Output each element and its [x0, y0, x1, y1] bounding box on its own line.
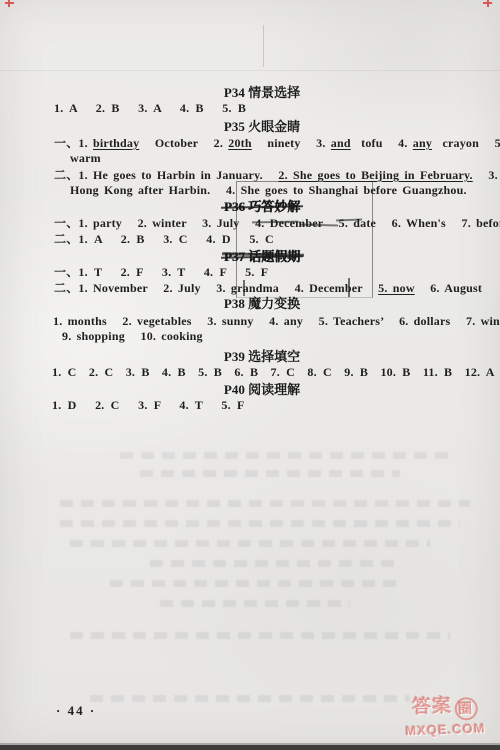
bleedthrough-text — [160, 600, 350, 607]
section-title-p39: P39 选择填空 — [54, 349, 470, 364]
bleedthrough-text — [60, 520, 460, 527]
section-title-p40: P40 阅读理解 — [54, 382, 470, 397]
answer-line-p37-2: 二、1. November 2. July 3. grandma 4. Dece… — [54, 281, 482, 295]
answer-line-p36-1: 一、1. party 2. winter 3. July 4. December… — [54, 216, 500, 230]
page-number: · 44 · — [56, 703, 96, 719]
section-title-p38: P38 魔力变换 — [54, 296, 470, 311]
answer-line-p34: 1. A 2. B 3. A 4. B 5. B — [54, 101, 246, 115]
section-title-p38-text: P38 魔力变换 — [224, 296, 300, 311]
watermark-logo: 答案圈 MXQE.COM — [394, 693, 495, 739]
watermark-brand-circled-char: 圈 — [454, 697, 478, 721]
section-title-p36: P36 巧答妙解 — [54, 199, 470, 214]
scan-crease-vertical — [263, 25, 264, 67]
watermark-site: MXQE.COM — [395, 719, 496, 739]
answer-line-p38-2: 9. shopping 10. cooking — [62, 329, 203, 343]
answer-line-p35-2: 二、1. He goes to Harbin in January. 2. Sh… — [54, 168, 500, 182]
scan-bottom-edge — [0, 745, 500, 750]
bleedthrough-text — [90, 695, 410, 702]
answer-line-p40: 1. D 2. C 3. F 4. T 5. F — [52, 398, 245, 412]
answer-line-p35-1b: warm — [70, 151, 101, 165]
section-title-p37-text: P37 话题假期 — [224, 249, 300, 264]
answer-line-p38-1: 1. months 2. vegetables 3. sunny 4. any … — [53, 314, 500, 328]
section-title-p37: P37 话题假期 — [54, 249, 470, 264]
watermark-brand: 答案圈 — [394, 693, 495, 722]
section-title-p34: P34 情景选择 — [54, 85, 470, 100]
section-title-p40-text: P40 阅读理解 — [224, 382, 300, 397]
ink-mark — [243, 280, 245, 296]
answer-line-p39: 1. C 2. C 3. B 4. B 5. B 6. B 7. C 8. C … — [52, 365, 495, 379]
answer-line-p35-2b: Hong Kong after Harbin. 4. She goes to S… — [70, 183, 467, 197]
section-title-p34-text: P34 情景选择 — [224, 85, 300, 100]
section-title-p35-text: P35 火眼金睛 — [224, 119, 300, 134]
bleedthrough-text — [120, 452, 450, 459]
watermark-brand-text: 答案 — [412, 696, 453, 718]
section-title-p36-text: P36 巧答妙解 — [224, 199, 300, 214]
bleedthrough-text — [70, 632, 450, 639]
scan-crease-horizontal — [0, 70, 500, 71]
ink-mark — [348, 278, 350, 297]
answer-line-p37-1: 一、1. T 2. F 3. T 4. F 5. F — [54, 265, 268, 279]
bleedthrough-text — [150, 560, 400, 567]
bleedthrough-text — [110, 580, 400, 587]
answer-line-p35-1: 一、1. birthday October 2. 20th ninety 3. … — [54, 136, 500, 150]
bleedthrough-text — [60, 500, 470, 507]
bleedthrough-text — [140, 470, 400, 477]
scanned-answer-page: P34 情景选择 1. A 2. B 3. A 4. B 5. B P35 火眼… — [0, 0, 500, 750]
answer-line-p36-2: 二、1. A 2. B 3. C 4. D 5. C — [54, 232, 274, 246]
section-title-p35: P35 火眼金睛 — [54, 119, 470, 134]
section-title-p39-text: P39 选择填空 — [224, 349, 300, 364]
bleedthrough-text — [70, 540, 430, 547]
